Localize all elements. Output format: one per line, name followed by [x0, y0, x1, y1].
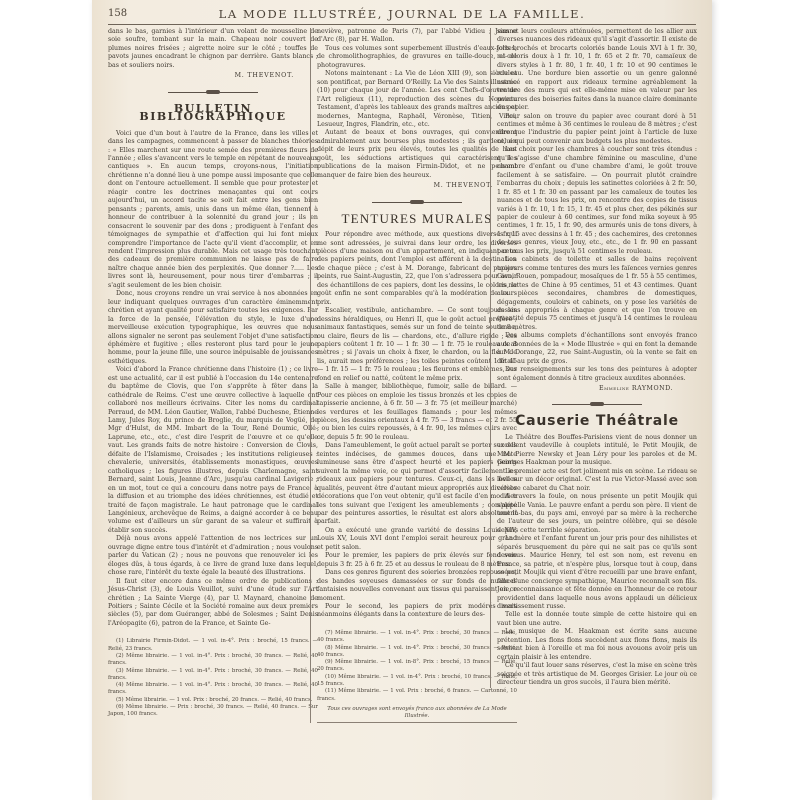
section-title-causerie: Causerie Théâtrale [497, 417, 697, 425]
causerie-paragraph: Le Théâtre des Bouffes-Parisiens vient d… [497, 434, 697, 468]
column-3: sins et leurs couleurs atténuées, permet… [490, 28, 697, 688]
tentures-paragraph: Escalier, vestibule, antichambre. — Ce s… [317, 307, 517, 383]
tentures-paragraph: Pour répondre avec méthode, aux question… [317, 231, 517, 307]
ornamental-divider [552, 401, 642, 407]
tentures-paragraph: Pour le second, les papiers de prix modé… [317, 603, 517, 620]
tentures-paragraph: Pour le premier, les papiers de prix éle… [317, 552, 517, 569]
ornamental-divider [168, 89, 258, 95]
bulletin-paragraph: Autant de beaux et bons ouvrages, qui co… [317, 129, 517, 180]
footnotes-column-2: (7) Même librairie. — 1 vol. in-4°. Prix… [317, 630, 517, 724]
tentures-paragraph: Pour salon on trouve du papier avec cour… [497, 113, 697, 147]
footnote: (8) Même librairie. — 1 vol. in-4°. Prix… [317, 645, 517, 660]
footnote: (7) Même librairie. — 1 vol. in-4°. Prix… [317, 630, 517, 645]
footnotes-column-1: (1) Librairie Firmin-Didot. — 1 vol. in-… [108, 638, 318, 718]
bulletin-paragraph: Voici d'abord la France chrétienne dans … [108, 366, 318, 535]
bulletin-paragraph: Tous ces volumes sont superbement illust… [317, 45, 517, 70]
footnote: (1) Librairie Firmin-Didot. — 1 vol. in-… [108, 638, 318, 653]
tentures-paragraph: Dans ces genres figurent des soieries br… [317, 569, 517, 603]
newspaper-page: 158 LA MODE ILLUSTRÉE, JOURNAL DE LA FAM… [92, 0, 712, 800]
footnote: (5) Même librairie. — 1 vol. Prix : broc… [108, 697, 318, 704]
footnote: (2) Même librairie. — 1 vol. in-4°. Prix… [108, 653, 318, 668]
journal-title: LA MODE ILLUSTRÉE, JOURNAL DE LA FAMILLE… [108, 7, 696, 21]
section-title-tentures: TENTURES MURALES [317, 215, 517, 223]
causerie-paragraph: A travers la foule, on nous présente un … [497, 493, 697, 535]
footnote: (4) Même librairie. — 1 vol. in-4°. Prix… [108, 682, 318, 697]
tentures-paragraph: Des renseignements sur les tons des pein… [497, 366, 697, 383]
tentures-continuation: sins et leurs couleurs atténuées, permet… [497, 28, 697, 113]
signature-thevenot: M. THEVENOT. [317, 182, 517, 190]
fashion-description-end: dans le bas, garnies à l'intérieur d'un … [108, 28, 318, 70]
bulletin-paragraph: Déjà nous avons appelé l'attention de no… [108, 535, 318, 577]
bulletin-paragraph: Donc, nous croyons rendre un vrai servic… [108, 290, 318, 366]
causerie-paragraph: Le premier acte est fort joliment mis en… [497, 468, 697, 493]
column-1: dans le bas, garnies à l'intérieur d'un … [108, 28, 318, 719]
causerie-paragraph: La mère et l'enfant furent un jour pris … [497, 535, 697, 611]
tentures-paragraph: Des albums complets d'échantillons sont … [497, 332, 697, 366]
tentures-paragraph: On a exécuté une grande variété de dessi… [317, 527, 517, 552]
tentures-paragraph: Dans l'ameublement, le goût actuel paraî… [317, 442, 517, 527]
page-header: 158 LA MODE ILLUSTRÉE, JOURNAL DE LA FAM… [108, 4, 696, 25]
signature-raymond: Emmeline RAYMOND. [497, 385, 697, 393]
column-2: neviève, patronne de Paris (7), par l'ab… [310, 28, 517, 723]
causerie-paragraph: Ce qu'il faut louer sans réserves, c'est… [497, 662, 697, 687]
bulletin-paragraph: Notons maintenant : La Vie de Léon XIII … [317, 70, 517, 129]
bulletin-continuation: neviève, patronne de Paris (7), par l'ab… [317, 28, 517, 45]
footnote: (10) Même librairie. — 1 vol. in-4°. Pri… [317, 674, 517, 689]
footnote: (3) Même librairie. — 1 vol. in-4°. Prix… [108, 668, 318, 683]
footnote: (11) Même librairie. — 1 vol. Prix : bro… [317, 688, 517, 703]
tentures-paragraph: Salle à manger, bibliothèque, fumoir, sa… [317, 383, 517, 442]
footnote: (6) Même librairie. — Prix : broché, 30 … [108, 704, 318, 719]
bulletin-paragraph: Il faut citer encore dans ce même ordre … [108, 578, 318, 629]
causerie-paragraph: La musique de M. Haakman est écrite sans… [497, 628, 697, 662]
footnote: (9) Même librairie. — 1 vol. in-8°. Prix… [317, 659, 517, 674]
signature-thevenot: M. THEVENOT. [108, 72, 318, 80]
bulletin-paragraph: Voici que d'un bout à l'autre de la Fran… [108, 130, 318, 291]
tentures-paragraph: Les cabinets de toilette et salles de ba… [497, 256, 697, 332]
causerie-paragraph: Telle est la donnée toute simple de cett… [497, 611, 697, 628]
section-title-bulletin: BULLETIN BIBLIOGRAPHIQUE [108, 105, 318, 122]
franco-note: Tous ces ouvrages sont envoyés franco au… [317, 706, 517, 721]
tentures-paragraph: Les choix pour les chambres à coucher so… [497, 146, 697, 256]
ornamental-divider [372, 199, 462, 205]
